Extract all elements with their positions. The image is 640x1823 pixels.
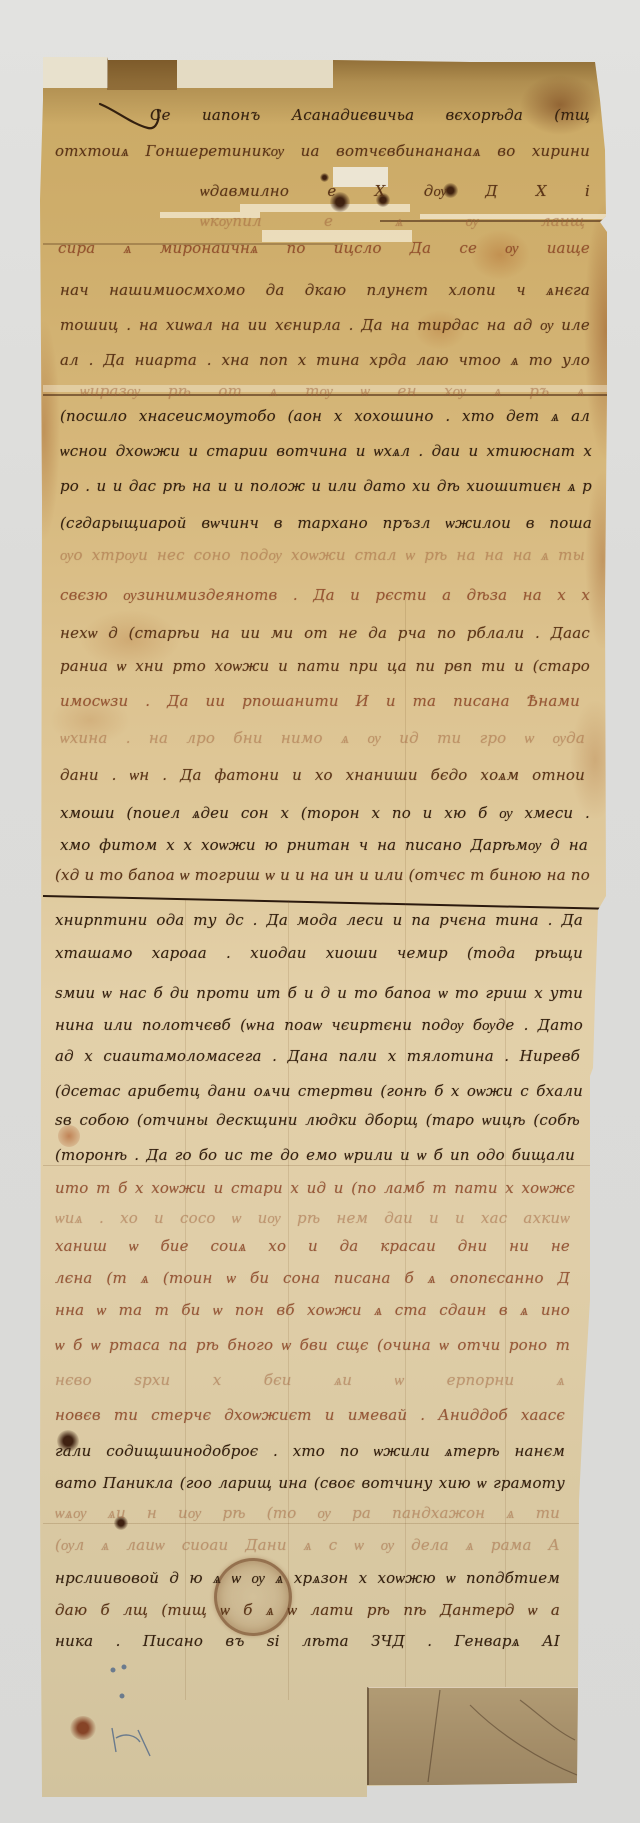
bottom-patch-wrinkles [428, 1690, 577, 1782]
opening-flourish [100, 104, 159, 128]
ink-strokes-overlay [0, 0, 640, 1823]
blue-pencil-mark [111, 1665, 150, 1756]
manuscript-sheet: Се иапонъ Асанадиєвичьа вєхорѣда (тщ отх… [0, 0, 640, 1823]
